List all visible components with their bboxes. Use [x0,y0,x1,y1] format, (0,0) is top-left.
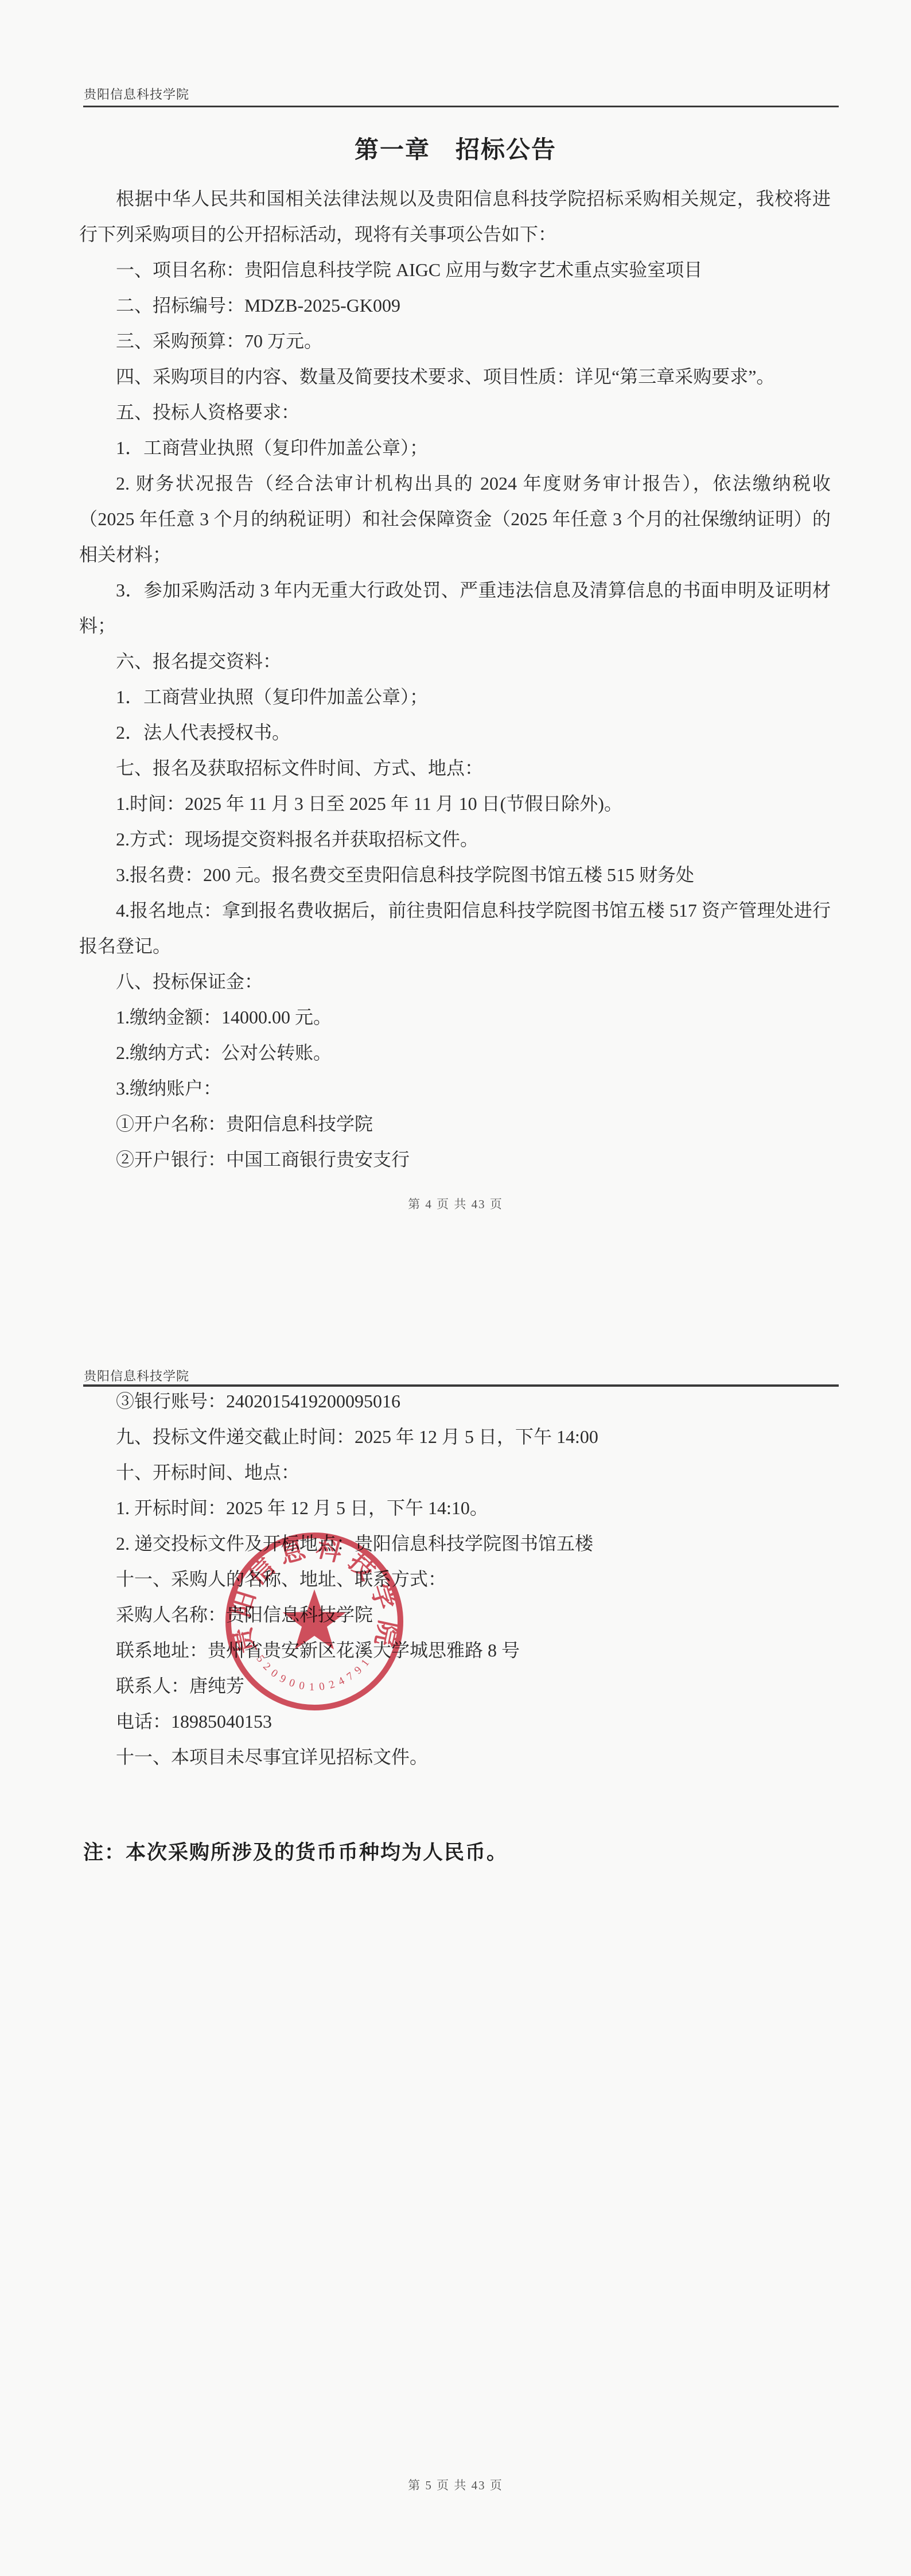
paragraph: 2.方式：现场提交资料报名并获取招标文件。 [79,821,831,857]
paragraph: 十一、采购人的名称、地址、联系方式： [79,1561,831,1597]
paragraph: 联系人：唐纯芳 [79,1668,831,1704]
page4-header-rule [83,106,839,107]
currency-note: 注：本次采购所涉及的货币币种均为人民币。 [83,1837,508,1865]
paragraph: 电话：18985040153 [79,1704,831,1739]
seal-code-text: 5209001024791 [254,1653,375,1693]
paragraph: 1.缴纳金额：14000.00 元。 [79,999,831,1035]
paragraph: ②开户银行：中国工商银行贵安支行 [79,1142,831,1177]
paragraph: 根据中华人民共和国相关法律法规以及贵阳信息科技学院招标采购相关规定，我校将进行下… [79,181,831,252]
paragraph: 十一、本项目未尽事宜详见招标文件。 [79,1739,831,1775]
paragraph: 1.时间：2025 年 11 月 3 日至 2025 年 11 月 10 日(节… [79,786,831,821]
chapter-title: 第一章 招标公告 [0,131,911,165]
paragraph: 二、招标编号：MDZB-2025-GK009 [79,288,831,323]
paragraph: 4.报名地点：拿到报名费收据后，前往贵阳信息科技学院图书馆五楼 517 资产管理… [79,893,831,964]
paragraph: ③银行账号：2402015419200095016 [79,1383,831,1419]
paragraph: 六、报名提交资料： [79,643,831,679]
paragraph: 十、开标时间、地点： [79,1454,831,1490]
paragraph: 1．工商营业执照（复印件加盖公章）； [79,679,831,715]
page5-header: 贵阳信息科技学院 [84,1367,189,1384]
paragraph: 八、投标保证金： [79,964,831,999]
paragraph: 3．参加采购活动 3 年内无重大行政处罚、严重违法信息及清算信息的书面申明及证明… [79,572,831,643]
paragraph: 1．工商营业执照（复印件加盖公章）； [79,430,831,465]
document-scan: 贵阳信息科技学院 第一章 招标公告 根据中华人民共和国相关法律法规以及贵阳信息科… [0,0,911,2576]
official-seal: 贵阳信息科技学院 5209001024791 [223,1530,406,1713]
paragraph: 九、投标文件递交截止时间：2025 年 12 月 5 日，下午 14:00 [79,1419,831,1454]
paragraph: 2．法人代表授权书。 [79,715,831,750]
paragraph: 1. 开标时间：2025 年 12 月 5 日，下午 14:10。 [79,1490,831,1526]
paragraph: 联系地址：贵州省贵安新区花溪大学城思雅路 8 号 [79,1632,831,1668]
paragraph: 七、报名及获取招标文件时间、方式、地点： [79,750,831,786]
seal-star-icon [283,1589,346,1650]
page5-body: ③银行账号：2402015419200095016 九、投标文件递交截止时间：2… [79,1383,831,1775]
paragraph: 四、采购项目的内容、数量及简要技术要求、项目性质：详见“第三章采购要求”。 [79,359,831,394]
page4-footer: 第 4 页 共 43 页 [0,1195,911,1212]
paragraph: 2.缴纳方式：公对公转账。 [79,1035,831,1070]
paragraph: 2. 财务状况报告（经合法审计机构出具的 2024 年度财务审计报告），依法缴纳… [79,465,831,572]
paragraph: 2. 递交投标文件及开标地点：贵阳信息科技学院图书馆五楼 [79,1526,831,1561]
svg-text:5209001024791: 5209001024791 [254,1653,375,1693]
paragraph: 3.报名费：200 元。报名费交至贵阳信息科技学院图书馆五楼 515 财务处 [79,857,831,893]
paragraph: 三、采购预算：70 万元。 [79,323,831,359]
page4-body: 根据中华人民共和国相关法律法规以及贵阳信息科技学院招标采购相关规定，我校将进行下… [79,181,831,1177]
paragraph: 五、投标人资格要求： [79,394,831,430]
paragraph: 3.缴纳账户： [79,1070,831,1106]
paragraph: 采购人名称：贵阳信息科技学院 [79,1597,831,1632]
paragraph: ①开户名称：贵阳信息科技学院 [79,1106,831,1142]
paragraph: 一、项目名称：贵阳信息科技学院 AIGC 应用与数字艺术重点实验室项目 [79,252,831,288]
page5-footer: 第 5 页 共 43 页 [0,2476,911,2493]
page4-header: 贵阳信息科技学院 [84,85,189,103]
